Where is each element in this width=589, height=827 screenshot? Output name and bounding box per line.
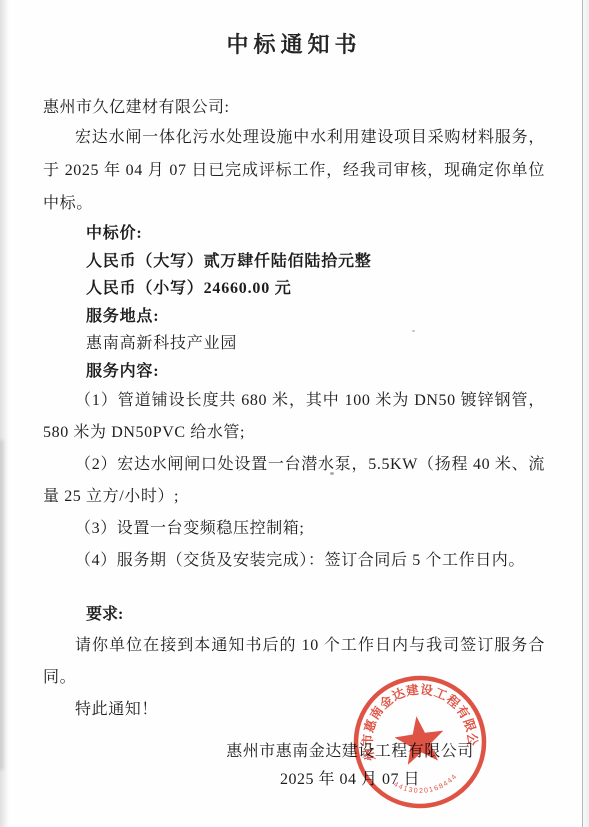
signature-date: 2025 年 04 月 07 日 — [210, 766, 490, 794]
service-item-4: （4）服务期（交货及安装完成）：签订合同后 5 个工作日内。 — [43, 545, 545, 577]
requirement-label: 要求: — [43, 604, 545, 626]
service-item-3: （3）设置一台变频稳压控制箱; — [43, 513, 545, 545]
price-in-figures: 人民币（小写）24660.00 元 — [43, 275, 545, 303]
document-body: 中标通知书 惠州市久亿建材有限公司: 宏达水闸一体化污水处理设施中水利用建设项目… — [0, 0, 589, 827]
scanned-document-page: 中标通知书 惠州市久亿建材有限公司: 宏达水闸一体化污水处理设施中水利用建设项目… — [0, 0, 589, 827]
scan-speck — [412, 330, 415, 332]
scan-edge-shadow-left-lower — [0, 440, 5, 770]
closing-line: 特此通知！ — [43, 694, 545, 726]
service-content-label: 服务内容: — [43, 358, 545, 386]
service-location-value: 惠南高新科技产业园 — [43, 330, 545, 358]
signature-company: 惠州市惠南金达建设工程有限公司 — [210, 738, 490, 766]
signature-block: 惠州市惠南金达建设工程有限公司 2025 年 04 月 07 日 — [210, 738, 490, 794]
service-item-1: （1）管道铺设长度共 680 米，其中 100 米为 DN50 镀锌钢管，580… — [43, 385, 545, 449]
intro-paragraph: 宏达水闸一体化污水处理设施中水利用建设项目采购材料服务，于 2025 年 04 … — [43, 121, 545, 220]
recipient-line: 惠州市久亿建材有限公司: — [43, 97, 545, 119]
scan-edge-gutter-right — [583, 0, 589, 827]
price-in-words: 人民币（大写）贰万肆仟陆佰陆拾元整 — [43, 248, 545, 276]
price-label: 中标价: — [43, 220, 545, 248]
document-title: 中标通知书 — [43, 28, 545, 60]
service-content-list: （1）管道铺设长度共 680 米，其中 100 米为 DN50 镀锌钢管，580… — [43, 385, 545, 577]
service-location-label: 服务地点: — [43, 303, 545, 331]
requirement-paragraph: 请你单位在接到本通知书后的 10 个工作日内与我司签订服务合同。 — [43, 630, 545, 694]
service-item-2: （2）宏达水闸闸口处设置一台潜水泵，5.5KW（扬程 40 米、流量 25 立方… — [43, 449, 545, 513]
award-details-block: 中标价: 人民币（大写）贰万肆仟陆佰陆拾元整 人民币（小写）24660.00 元… — [43, 220, 545, 385]
scan-speck — [330, 472, 334, 475]
